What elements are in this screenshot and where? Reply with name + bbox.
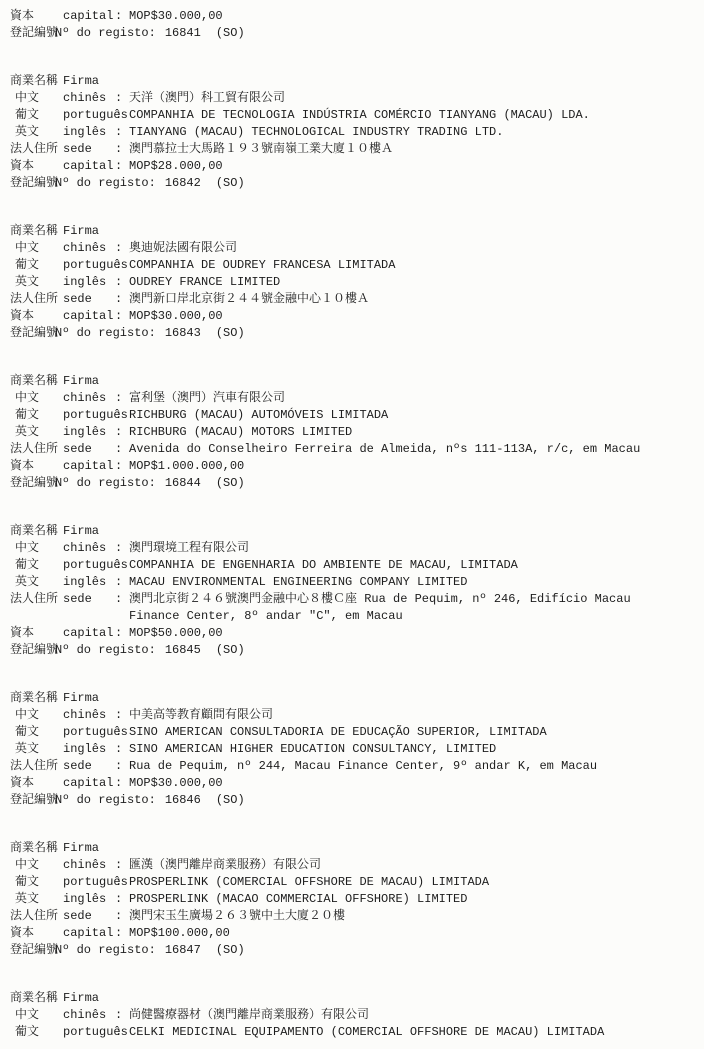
field-label-zh: 中文 xyxy=(10,1007,63,1024)
entry-row: 資本capital:MOP$30.000,00 xyxy=(10,8,700,25)
entry-row: 商業名稱Firma xyxy=(10,373,700,390)
field-value: CELKI MEDICINAL EQUIPAMENTO (COMERCIAL O… xyxy=(129,1024,604,1041)
entry-row: 中文chinês:澳門環境工程有限公司 xyxy=(10,540,700,557)
field-label-pt: capital xyxy=(63,8,115,25)
colon-separator: : xyxy=(115,441,129,458)
entry-row: 中文chinês:富利堡（澳門）汽車有限公司 xyxy=(10,390,700,407)
entry-row: 商業名稱Firma xyxy=(10,690,700,707)
field-label-pt: inglês xyxy=(63,574,115,591)
field-label-zh: 葡文 xyxy=(10,257,63,274)
field-label-zh: 葡文 xyxy=(10,724,63,741)
field-label-pt: chinês xyxy=(63,240,115,257)
entry-row: 登記編號Nº do registo:16842(SO) xyxy=(10,175,700,192)
field-label-pt: Firma xyxy=(63,73,115,90)
field-label-zh: 葡文 xyxy=(10,407,63,424)
entry-row: 葡文português:COMPANHIA DE OUDREY FRANCESA… xyxy=(10,257,700,274)
colon-separator: : xyxy=(115,591,129,608)
field-label-pt: sede xyxy=(63,591,115,608)
field-label-pt: português xyxy=(63,557,115,574)
field-label-pt: Firma xyxy=(63,990,115,1007)
entry-row: 資本capital:MOP$50.000,00 xyxy=(10,625,700,642)
field-value: 澳門北京街２４６號澳門金融中心８樓Ｃ座 Rua de Pequim, nº 24… xyxy=(129,591,631,608)
field-label-pt: sede xyxy=(63,141,115,158)
field-value: 天洋（澳門）科工貿有限公司 xyxy=(129,90,285,107)
colon-separator: : xyxy=(115,390,129,407)
field-label-zh: 中文 xyxy=(10,707,63,724)
colon-separator: : xyxy=(115,158,129,175)
field-label-zh: 登記編號 xyxy=(10,475,55,492)
entry-row: 商業名稱Firma xyxy=(10,990,700,1007)
field-value: 富利堡（澳門）汽車有限公司 xyxy=(129,390,285,407)
field-value: 奧迪妮法國有限公司 xyxy=(129,240,237,257)
field-value: 澳門宋玉生廣場２６３號中土大廈２０樓 xyxy=(129,908,345,925)
entry-row: 英文inglês:MACAU ENVIRONMENTAL ENGINEERING… xyxy=(10,574,700,591)
field-value: OUDREY FRANCE LIMITED xyxy=(129,274,280,291)
field-label-pt: português xyxy=(63,407,115,424)
colon-separator: : xyxy=(115,274,129,291)
field-label-pt: capital xyxy=(63,625,115,642)
entry-row: 葡文português:SINO AMERICAN CONSULTADORIA … xyxy=(10,724,700,741)
field-value: COMPANHIA DE ENGENHARIA DO AMBIENTE DE M… xyxy=(129,557,518,574)
colon-separator: : xyxy=(115,458,129,475)
field-label-zh: 登記編號 xyxy=(10,792,55,809)
registry-number: 16843 xyxy=(165,325,201,342)
field-label-zh: 商業名稱 xyxy=(10,990,63,1007)
field-label-zh: 商業名稱 xyxy=(10,223,63,240)
field-value: Rua de Pequim, nº 244, Macau Finance Cen… xyxy=(129,758,597,775)
field-label-pt: sede xyxy=(63,291,115,308)
field-value: MOP$28.000,00 xyxy=(129,158,223,175)
colon-separator: : xyxy=(115,557,129,574)
entry-row: 登記編號Nº do registo:16841(SO) xyxy=(10,25,700,42)
field-label-pt: capital xyxy=(63,775,115,792)
registry-entry: 商業名稱Firma中文chinês:奧迪妮法國有限公司葡文português:C… xyxy=(10,223,700,342)
field-label-pt: inglês xyxy=(63,891,115,908)
field-label-pt: sede xyxy=(63,758,115,775)
field-label-pt: Nº do registo: xyxy=(55,175,156,192)
field-label-pt: chinês xyxy=(63,1007,115,1024)
entry-row: 登記編號Nº do registo:16844(SO) xyxy=(10,475,700,492)
field-label-pt: Nº do registo: xyxy=(55,942,156,959)
colon-separator: : xyxy=(115,308,129,325)
entry-row: 法人住所sede:澳門慕拉士大馬路１９３號南嶺工業大廈１０樓Ａ xyxy=(10,141,700,158)
field-value: COMPANHIA DE OUDREY FRANCESA LIMITADA xyxy=(129,257,395,274)
colon-separator: : xyxy=(115,90,129,107)
entry-row: 英文inglês:SINO AMERICAN HIGHER EDUCATION … xyxy=(10,741,700,758)
entry-row: 法人住所sede:Rua de Pequim, nº 244, Macau Fi… xyxy=(10,758,700,775)
colon-separator: : xyxy=(115,908,129,925)
field-value: MOP$30.000,00 xyxy=(129,8,223,25)
entry-row: 英文inglês:PROSPERLINK (MACAO COMMERCIAL O… xyxy=(10,891,700,908)
colon-separator: : xyxy=(115,891,129,908)
colon-separator: : xyxy=(115,741,129,758)
entry-row: 葡文português:COMPANHIA DE TECNOLOGIA INDÚ… xyxy=(10,107,700,124)
field-label-pt: Firma xyxy=(63,523,115,540)
colon-separator: : xyxy=(115,925,129,942)
entry-row: 資本capital:MOP$30.000,00 xyxy=(10,775,700,792)
field-label-pt: Nº do registo: xyxy=(55,642,156,659)
colon-separator: : xyxy=(115,141,129,158)
entry-row: 登記編號Nº do registo:16845(SO) xyxy=(10,642,700,659)
entry-row: 商業名稱Firma xyxy=(10,840,700,857)
registry-entry: 資本capital:MOP$30.000,00登記編號Nº do registo… xyxy=(10,8,700,42)
field-label-pt: chinês xyxy=(63,857,115,874)
field-value: MOP$100.000,00 xyxy=(129,925,230,942)
field-label-zh: 中文 xyxy=(10,540,63,557)
field-label-zh: 商業名稱 xyxy=(10,840,63,857)
field-label-zh: 資本 xyxy=(10,8,63,25)
registry-suffix: (SO) xyxy=(216,325,245,342)
colon-separator: : xyxy=(115,424,129,441)
field-label-pt: inglês xyxy=(63,274,115,291)
field-label-zh: 葡文 xyxy=(10,1024,63,1041)
field-label-pt: chinês xyxy=(63,540,115,557)
entry-row: 登記編號Nº do registo:16846(SO) xyxy=(10,792,700,809)
field-value: Avenida do Conselheiro Ferreira de Almei… xyxy=(129,441,640,458)
colon-separator: : xyxy=(115,857,129,874)
field-label-zh: 登記編號 xyxy=(10,642,55,659)
field-label-pt: Nº do registo: xyxy=(55,792,156,809)
field-label-zh: 登記編號 xyxy=(10,325,55,342)
field-label-pt: sede xyxy=(63,441,115,458)
field-label-zh: 中文 xyxy=(10,390,63,407)
colon-separator: : xyxy=(115,775,129,792)
entry-row: 資本capital:MOP$100.000,00 xyxy=(10,925,700,942)
entry-row: 英文inglês:TIANYANG (MACAU) TECHNOLOGICAL … xyxy=(10,124,700,141)
entry-row: 葡文português:PROSPERLINK (COMERCIAL OFFSH… xyxy=(10,874,700,891)
field-label-zh: 登記編號 xyxy=(10,942,55,959)
field-value: MOP$1.000.000,00 xyxy=(129,458,244,475)
document-page: 資本capital:MOP$30.000,00登記編號Nº do registo… xyxy=(0,0,704,1049)
colon-separator: : xyxy=(115,1007,129,1024)
field-label-zh: 資本 xyxy=(10,625,63,642)
entry-row: Finance Center, 8º andar "C", em Macau xyxy=(10,608,700,625)
field-label-zh: 英文 xyxy=(10,274,63,291)
field-label-pt: Firma xyxy=(63,840,115,857)
field-value: TIANYANG (MACAU) TECHNOLOGICAL INDUSTRY … xyxy=(129,124,503,141)
field-label-pt: Nº do registo: xyxy=(55,475,156,492)
field-label-zh: 中文 xyxy=(10,90,63,107)
colon-separator: : xyxy=(115,625,129,642)
entry-row: 法人住所sede:Avenida do Conselheiro Ferreira… xyxy=(10,441,700,458)
field-label-pt: inglês xyxy=(63,741,115,758)
field-value: MACAU ENVIRONMENTAL ENGINEERING COMPANY … xyxy=(129,574,467,591)
entry-row: 法人住所sede:澳門宋玉生廣場２６３號中土大廈２０樓 xyxy=(10,908,700,925)
entry-row: 英文inglês:OUDREY FRANCE LIMITED xyxy=(10,274,700,291)
entry-row: 資本capital:MOP$1.000.000,00 xyxy=(10,458,700,475)
field-label-pt: português xyxy=(63,257,115,274)
field-value: SINO AMERICAN CONSULTADORIA DE EDUCAÇÃO … xyxy=(129,724,547,741)
colon-separator: : xyxy=(115,407,129,424)
field-label-pt: português xyxy=(63,724,115,741)
registry-entry: 商業名稱Firma中文chinês:匯漢（澳門離岸商業服務）有限公司葡文port… xyxy=(10,840,700,959)
field-label-pt: capital xyxy=(63,925,115,942)
field-label-zh: 資本 xyxy=(10,308,63,325)
registry-entry: 商業名稱Firma中文chinês:澳門環境工程有限公司葡文português:… xyxy=(10,523,700,659)
registry-number: 16845 xyxy=(165,642,201,659)
field-label-zh: 資本 xyxy=(10,925,63,942)
field-value: COMPANHIA DE TECNOLOGIA INDÚSTRIA COMÉRC… xyxy=(129,107,590,124)
field-label-pt: português xyxy=(63,107,115,124)
field-label-zh: 法人住所 xyxy=(10,441,63,458)
field-value: SINO AMERICAN HIGHER EDUCATION CONSULTAN… xyxy=(129,741,496,758)
registry-suffix: (SO) xyxy=(216,25,245,42)
field-value: 匯漢（澳門離岸商業服務）有限公司 xyxy=(129,857,321,874)
colon-separator: : xyxy=(115,724,129,741)
entry-row: 登記編號Nº do registo:16847(SO) xyxy=(10,942,700,959)
field-label-zh: 中文 xyxy=(10,240,63,257)
entry-row: 中文chinês:天洋（澳門）科工貿有限公司 xyxy=(10,90,700,107)
registry-suffix: (SO) xyxy=(216,942,245,959)
field-value: 澳門新口岸北京街２４４號金融中心１０樓Ａ xyxy=(129,291,369,308)
registry-number: 16846 xyxy=(165,792,201,809)
field-label-zh: 資本 xyxy=(10,775,63,792)
entry-row: 登記編號Nº do registo:16843(SO) xyxy=(10,325,700,342)
entry-row: 商業名稱Firma xyxy=(10,223,700,240)
colon-separator: : xyxy=(115,1024,129,1041)
entry-row: 葡文português:CELKI MEDICINAL EQUIPAMENTO … xyxy=(10,1024,700,1041)
colon-separator: : xyxy=(115,540,129,557)
field-value: MOP$50.000,00 xyxy=(129,625,223,642)
field-label-pt: capital xyxy=(63,308,115,325)
field-label-zh: 葡文 xyxy=(10,557,63,574)
registry-number: 16847 xyxy=(165,942,201,959)
field-value: MOP$30.000,00 xyxy=(129,775,223,792)
field-label-zh: 英文 xyxy=(10,574,63,591)
field-label-pt: capital xyxy=(63,158,115,175)
registry-number: 16842 xyxy=(165,175,201,192)
colon-separator: : xyxy=(115,874,129,891)
field-label-pt: chinês xyxy=(63,390,115,407)
field-label-pt: chinês xyxy=(63,90,115,107)
field-label-pt: capital xyxy=(63,458,115,475)
field-label-zh: 中文 xyxy=(10,857,63,874)
entry-row: 商業名稱Firma xyxy=(10,523,700,540)
field-label-zh: 資本 xyxy=(10,158,63,175)
field-label-pt: português xyxy=(63,1024,115,1041)
field-label-zh: 法人住所 xyxy=(10,291,63,308)
field-value-continuation: Finance Center, 8º andar "C", em Macau xyxy=(10,608,403,625)
field-label-pt: sede xyxy=(63,908,115,925)
field-label-zh: 法人住所 xyxy=(10,591,63,608)
field-label-zh: 登記編號 xyxy=(10,175,55,192)
field-label-zh: 葡文 xyxy=(10,874,63,891)
field-label-zh: 英文 xyxy=(10,741,63,758)
field-label-zh: 英文 xyxy=(10,424,63,441)
colon-separator: : xyxy=(115,240,129,257)
field-value: 中美高等教育顧問有限公司 xyxy=(129,707,273,724)
entry-row: 資本capital:MOP$28.000,00 xyxy=(10,158,700,175)
field-label-pt: português xyxy=(63,874,115,891)
field-label-zh: 法人住所 xyxy=(10,908,63,925)
field-label-pt: chinês xyxy=(63,707,115,724)
field-value: PROSPERLINK (MACAO COMMERCIAL OFFSHORE) … xyxy=(129,891,467,908)
entry-row: 中文chinês:中美高等教育顧問有限公司 xyxy=(10,707,700,724)
field-label-pt: Firma xyxy=(63,223,115,240)
field-value: 澳門環境工程有限公司 xyxy=(129,540,249,557)
field-value: 尚健醫療器材（澳門離岸商業服務）有限公司 xyxy=(129,1007,369,1024)
registry-entry: 商業名稱Firma中文chinês:富利堡（澳門）汽車有限公司葡文portugu… xyxy=(10,373,700,492)
registry-entry: 商業名稱Firma中文chinês:天洋（澳門）科工貿有限公司葡文portugu… xyxy=(10,73,700,192)
entry-row: 中文chinês:尚健醫療器材（澳門離岸商業服務）有限公司 xyxy=(10,1007,700,1024)
entry-row: 英文inglês:RICHBURG (MACAU) MOTORS LIMITED xyxy=(10,424,700,441)
colon-separator: : xyxy=(115,8,129,25)
entry-row: 中文chinês:奧迪妮法國有限公司 xyxy=(10,240,700,257)
registry-suffix: (SO) xyxy=(216,175,245,192)
field-label-pt: inglês xyxy=(63,424,115,441)
field-value: 澳門慕拉士大馬路１９３號南嶺工業大廈１０樓Ａ xyxy=(129,141,393,158)
field-label-zh: 法人住所 xyxy=(10,758,63,775)
field-label-pt: Nº do registo: xyxy=(55,325,156,342)
entry-row: 法人住所sede:澳門新口岸北京街２４４號金融中心１０樓Ａ xyxy=(10,291,700,308)
registry-suffix: (SO) xyxy=(216,792,245,809)
field-label-pt: Firma xyxy=(63,373,115,390)
field-value: RICHBURG (MACAU) MOTORS LIMITED xyxy=(129,424,352,441)
colon-separator: : xyxy=(115,758,129,775)
field-label-zh: 法人住所 xyxy=(10,141,63,158)
colon-separator: : xyxy=(115,107,129,124)
registry-entry: 商業名稱Firma中文chinês:中美高等教育顧問有限公司葡文portuguê… xyxy=(10,690,700,809)
field-label-zh: 商業名稱 xyxy=(10,523,63,540)
field-label-zh: 商業名稱 xyxy=(10,690,63,707)
entry-row: 商業名稱Firma xyxy=(10,73,700,90)
field-label-pt: Nº do registo: xyxy=(55,25,156,42)
entry-row: 葡文português:COMPANHIA DE ENGENHARIA DO A… xyxy=(10,557,700,574)
field-label-zh: 葡文 xyxy=(10,107,63,124)
field-label-zh: 英文 xyxy=(10,891,63,908)
colon-separator: : xyxy=(115,574,129,591)
field-label-zh: 商業名稱 xyxy=(10,373,63,390)
colon-separator: : xyxy=(115,707,129,724)
registry-suffix: (SO) xyxy=(216,475,245,492)
field-label-zh: 英文 xyxy=(10,124,63,141)
field-value: PROSPERLINK (COMERCIAL OFFSHORE DE MACAU… xyxy=(129,874,489,891)
field-label-zh: 登記編號 xyxy=(10,25,55,42)
field-value: RICHBURG (MACAU) AUTOMÓVEIS LIMITADA xyxy=(129,407,388,424)
colon-separator: : xyxy=(115,124,129,141)
entry-row: 中文chinês:匯漢（澳門離岸商業服務）有限公司 xyxy=(10,857,700,874)
entry-row: 資本capital:MOP$30.000,00 xyxy=(10,308,700,325)
colon-separator: : xyxy=(115,291,129,308)
registry-number: 16844 xyxy=(165,475,201,492)
registry-entry: 商業名稱Firma中文chinês:尚健醫療器材（澳門離岸商業服務）有限公司葡文… xyxy=(10,990,700,1041)
colon-separator: : xyxy=(115,257,129,274)
field-value: MOP$30.000,00 xyxy=(129,308,223,325)
registry-suffix: (SO) xyxy=(216,642,245,659)
registry-number: 16841 xyxy=(165,25,201,42)
field-label-pt: inglês xyxy=(63,124,115,141)
field-label-zh: 商業名稱 xyxy=(10,73,63,90)
field-label-pt: Firma xyxy=(63,690,115,707)
entry-row: 葡文português:RICHBURG (MACAU) AUTOMÓVEIS … xyxy=(10,407,700,424)
field-label-zh: 資本 xyxy=(10,458,63,475)
entry-row: 法人住所sede:澳門北京街２４６號澳門金融中心８樓Ｃ座 Rua de Pequ… xyxy=(10,591,700,608)
